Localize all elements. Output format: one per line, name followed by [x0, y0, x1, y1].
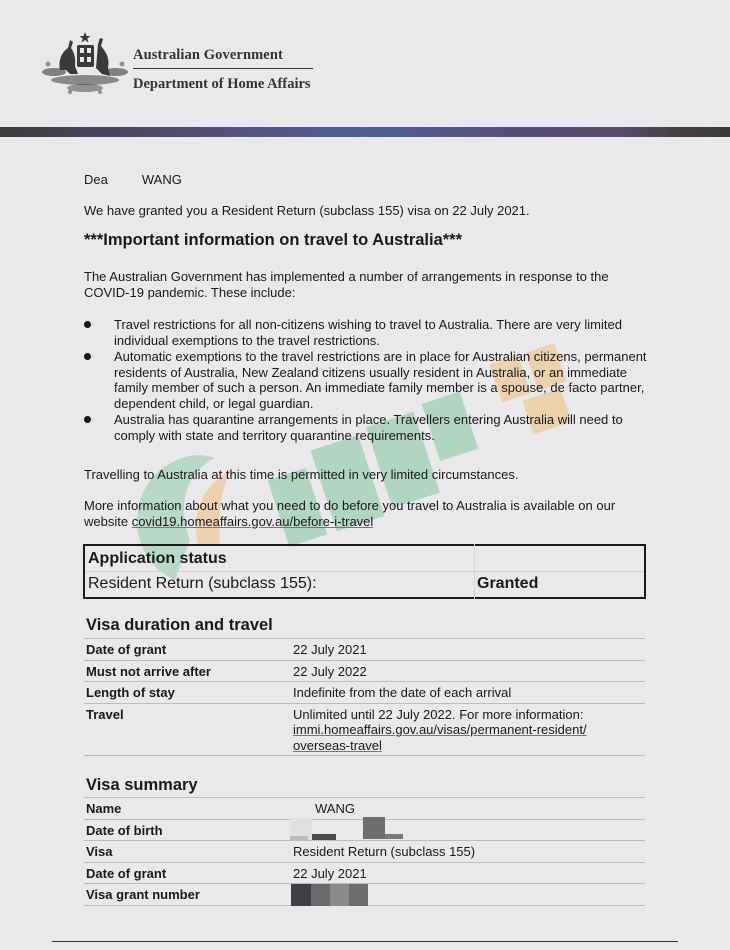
recipient-surname: WANG [142, 172, 182, 187]
covid-intro: The Australian Government has implemente… [84, 269, 654, 300]
greeting: DeaWANG [84, 172, 654, 188]
table-row: Length of stayIndefinite from the date o… [84, 682, 645, 704]
department-name: Department of Home Affairs [133, 76, 311, 93]
status-row-divider [85, 571, 644, 572]
application-visa-type: Resident Return (subclass 155): [88, 575, 317, 593]
important-heading: ***Important information on travel to Au… [84, 233, 654, 249]
header-banner [0, 127, 730, 137]
table-row: Date of grant22 July 2021 [84, 863, 645, 885]
table-row: TravelUnlimited until 22 July 2022. For … [84, 704, 645, 757]
government-name: Australian Government [133, 47, 283, 64]
redaction-block [349, 884, 368, 906]
redaction-block [311, 884, 330, 906]
table-row: Date of grant22 July 2021 [84, 639, 645, 661]
redaction-block [330, 884, 349, 906]
application-status-title: Application status [88, 550, 227, 568]
header-divider [133, 68, 313, 69]
status-badge: Granted [477, 575, 538, 593]
overseas-travel-link[interactable]: immi.homeaffairs.gov.au/visas/permanent-… [293, 722, 587, 753]
list-item: Australia has quarantine arrangements in… [84, 412, 654, 443]
coat-of-arms-icon [40, 30, 130, 98]
bullet-icon [84, 321, 91, 328]
redaction-block [385, 834, 403, 839]
more-info-paragraph: More information about what you need to … [84, 498, 654, 529]
visa-duration-table: Date of grant22 July 2021 Must not arriv… [84, 638, 645, 756]
table-row: Must not arrive after22 July 2022 [84, 661, 645, 683]
bullet-icon [84, 353, 91, 360]
redaction-block [312, 834, 336, 840]
before-i-travel-link[interactable]: covid19.homeaffairs.gov.au/before-i-trav… [132, 514, 374, 529]
list-item: Automatic exemptions to the travel restr… [84, 349, 654, 411]
visa-summary-title: Visa summary [86, 776, 198, 795]
list-item: Travel restrictions for all non-citizens… [84, 317, 654, 348]
restrictions-list: Travel restrictions for all non-citizens… [84, 317, 654, 444]
visa-duration-title: Visa duration and travel [86, 616, 273, 635]
redaction-block [363, 817, 385, 839]
salutation: Dea [84, 172, 108, 187]
redaction-block [290, 836, 308, 840]
limited-circumstances-note: Travelling to Australia at this time is … [84, 467, 654, 483]
table-row: VisaResident Return (subclass 155) [84, 841, 645, 863]
grant-sentence: We have granted you a Resident Return (s… [84, 203, 654, 219]
letterhead: Australian Government Department of Home… [40, 30, 330, 100]
bullet-icon [84, 416, 91, 423]
redaction-block [291, 884, 311, 906]
footer-rule [52, 941, 678, 942]
application-status-box: Application status Resident Return (subc… [83, 544, 646, 599]
